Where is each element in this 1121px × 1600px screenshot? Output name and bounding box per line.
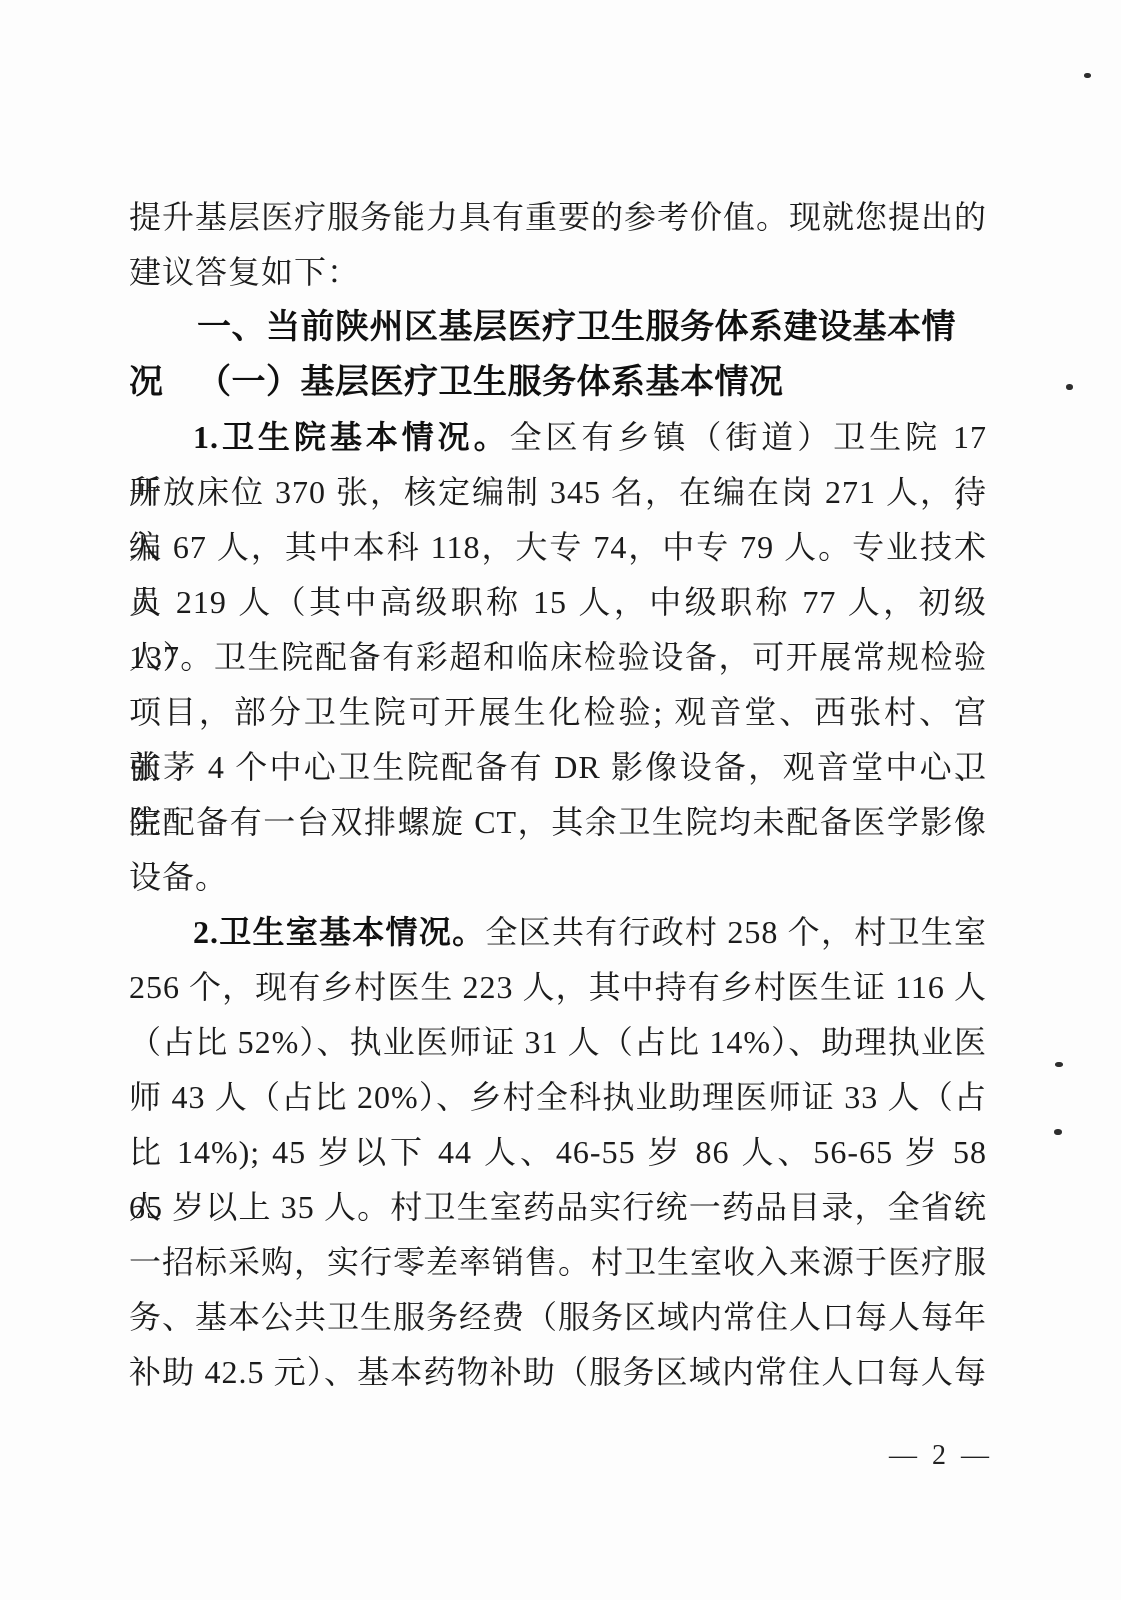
paragraph-text: 全区共有行政村 258 个，村卫生室 [485,914,987,950]
body-line: 人）。卫生院配备有彩超和临床检验设备，可开展常规检验 [129,630,987,685]
document-page: 提升基层医疗服务能力具有重要的参考价值。现就您提出的 建议答复如下： 一、当前陕… [0,0,1121,1600]
body-line: 项目，部分卫生院可开展生化检验; 观音堂、西张村、宫前、 [129,685,987,740]
body-line: 补助 42.5 元）、基本药物补助（服务区域内常住人口每人每 [129,1345,987,1400]
subsection-heading: （一）基层医疗卫生服务体系基本情况 [129,355,987,410]
paragraph-lead: 2.卫生室基本情况。 [193,914,485,950]
page-number: — 2 — [889,1440,993,1472]
section-heading: 一、当前陕州区基层医疗卫生服务体系建设基本情况 [129,300,987,355]
body-line: 建议答复如下： [129,245,987,300]
body-line: 1.卫生院基本情况。全区有乡镇（街道）卫生院 17 所， [129,410,987,465]
body-line: 张茅 4 个中心卫生院配备有 DR 影像设备，观音堂中心卫生 [129,740,987,795]
body-line: 65 岁以上 35 人。村卫生室药品实行统一药品目录，全省统 [129,1180,987,1235]
body-line: 256 个，现有乡村医生 223 人，其中持有乡村医生证 116 人 [129,960,987,1015]
scan-artifact-dot [1084,73,1091,78]
document-body: 提升基层医疗服务能力具有重要的参考价值。现就您提出的 建议答复如下： 一、当前陕… [129,190,987,1400]
scan-artifact-dot [1055,1062,1063,1067]
body-line: 设备。 [129,850,987,905]
scan-artifact-dot [1054,1129,1062,1135]
body-line: 提升基层医疗服务能力具有重要的参考价值。现就您提出的 [129,190,987,245]
body-line: 员 219 人（其中高级职称 15 人，中级职称 77 人，初级 137 [129,575,987,630]
body-line: 编 67 人，其中本科 118，大专 74，中专 79 人。专业技术人 [129,520,987,575]
body-line: 务、基本公共卫生服务经费（服务区域内常住人口每人每年 [129,1290,987,1345]
body-line: 比 14%); 45 岁以下 44 人、46-55 岁 86 人、56-65 岁… [129,1125,987,1180]
body-line: 开放床位 370 张，核定编制 345 名，在编在岗 271 人，待入 [129,465,987,520]
body-line: 一招标采购，实行零差率销售。村卫生室收入来源于医疗服 [129,1235,987,1290]
body-line: 师 43 人（占比 20%）、乡村全科执业助理医师证 33 人（占 [129,1070,987,1125]
paragraph-lead: 1.卫生院基本情况。 [193,419,510,455]
body-line: 2.卫生室基本情况。全区共有行政村 258 个，村卫生室 [129,905,987,960]
body-line: 院配备有一台双排螺旋 CT，其余卫生院均未配备医学影像 [129,795,987,850]
scan-artifact-dot [1066,384,1073,390]
body-line: （占比 52%）、执业医师证 31 人（占比 14%）、助理执业医 [129,1015,987,1070]
